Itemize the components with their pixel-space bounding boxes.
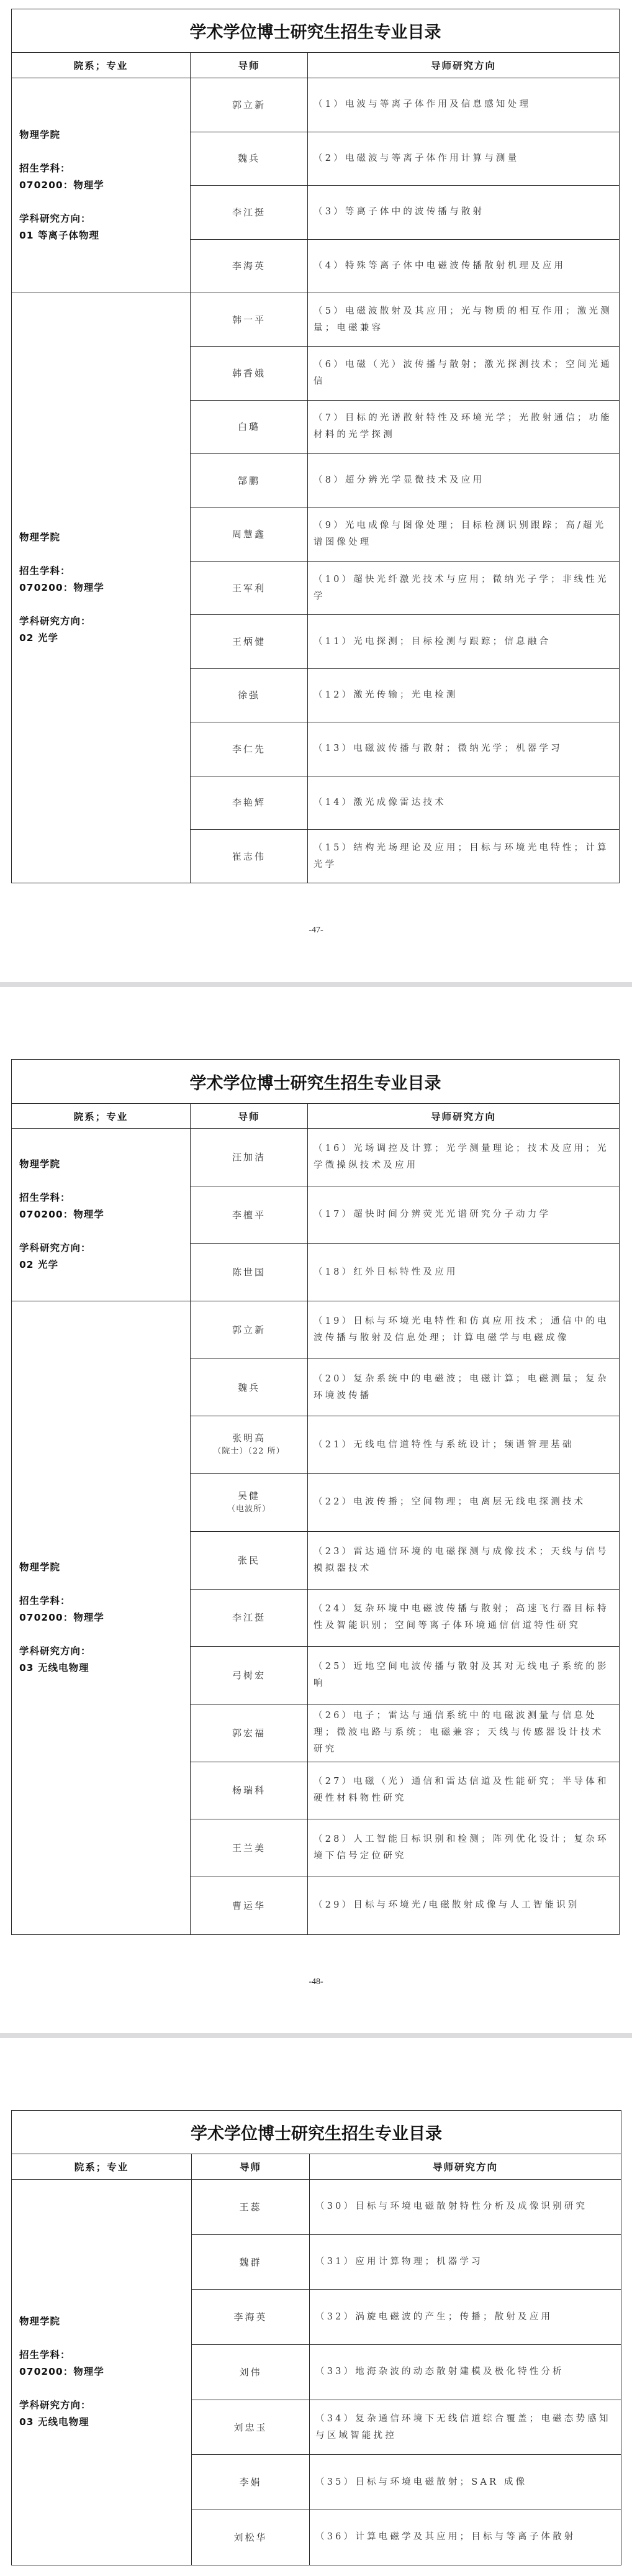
advisor-direction: （7）目标的光谱散射特性及环境光学；光散射通信；功能材料的光学探测 [308, 400, 620, 453]
advisor-name: 魏兵 [191, 132, 308, 186]
advisor-direction: （14）激光成像雷达技术 [308, 776, 620, 829]
subject-label: 招生学科： [19, 1190, 190, 1206]
page-separator [0, 2033, 632, 2038]
advisor-direction: （25）近地空间电波传播与散射及其对无线电子系统的影响 [308, 1647, 620, 1704]
advisor-direction: （3）等离子体中的波传播与散射 [308, 186, 620, 240]
advisor-name: 郜鹏 [191, 454, 308, 507]
advisor-direction: （16）光场调控及计算；光学测量理论；技术及应用；光学微操纵技术及应用 [308, 1129, 620, 1186]
advisor-name: 王军利 [191, 561, 308, 614]
advisor-direction: （23）雷达通信环境的电磁探测与成像技术；天线与信号模拟器技术 [308, 1531, 620, 1589]
dept-cell: 物理学院 招生学科： 070200：物理学 学科研究方向： 03 无线电物理 [12, 2180, 192, 2565]
page-47: 学术学位博士研究生招生专业目录 院系；专业 导师 导师研究方向 物理学院 招生学… [0, 0, 632, 982]
table-row: 物理学院 招生学科： 070200：物理学 学科研究方向： 03 无线电物理 郭… [12, 1301, 620, 1359]
advisor-name: 郭立新 [191, 78, 308, 132]
advisor-direction: （20）复杂系统中的电磁波；电磁计算；电磁测量；复杂环境波传播 [308, 1359, 620, 1416]
advisor-name: 王蕊 [192, 2180, 310, 2235]
table-row: 物理学院 招生学科： 070200：物理学 学科研究方向： 02 光学 韩一平 … [12, 293, 620, 347]
dept-cell: 物理学院 招生学科： 070200：物理学 学科研究方向： 01 等离子体物理 [12, 78, 191, 293]
advisor-direction: （13）电磁波传播与散射；微纳光学；机器学习 [308, 722, 620, 776]
direction-name: 03 无线电物理 [19, 2414, 191, 2431]
advisor-direction: （24）复杂环境中电磁波传播与散射；高速飞行器目标特性及智能识别；空间等离子体环… [308, 1589, 620, 1647]
advisor-name: 刘忠玉 [192, 2400, 310, 2455]
direction-label: 学科研究方向： [19, 1240, 190, 1257]
direction-name: 02 光学 [19, 1257, 190, 1273]
advisor-name-text: 张明高 [232, 1432, 266, 1444]
advisor-name: 吴健（电波所） [191, 1474, 308, 1532]
advisor-name: 李江挺 [191, 186, 308, 240]
advisor-direction: （29）目标与环境光/电磁散射成像与人工智能识别 [308, 1877, 620, 1934]
advisor-direction: （31）应用计算物理；机器学习 [310, 2234, 621, 2290]
advisor-direction: （27）电磁（光）通信和雷达信道及性能研究；半导体和硬性材料物性研究 [308, 1762, 620, 1819]
advisor-direction: （35）目标与环境电磁散射；SAR 成像 [310, 2455, 621, 2510]
catalog-table: 学术学位博士研究生招生专业目录 院系；专业 导师 导师研究方向 物理学院 招生学… [11, 1059, 620, 1935]
college-name: 物理学院 [19, 1559, 190, 1576]
advisor-direction: （22）电波传播；空间物理；电离层无线电探测技术 [308, 1474, 620, 1532]
advisor-name: 张明高（院士）（22 所） [191, 1416, 308, 1474]
advisor-direction: （11）光电探测；目标检测与跟踪；信息融合 [308, 615, 620, 668]
advisor-name-text: 吴健 [238, 1490, 260, 1501]
advisor-name: 刘松华 [192, 2510, 310, 2565]
advisor-direction: （5）电磁波散射及其应用；光与物质的相互作用；激光测量；电磁兼容 [308, 293, 620, 347]
subject-label: 招生学科： [19, 1593, 190, 1609]
subject-code: 070200：物理学 [19, 2364, 191, 2380]
advisor-name: 郭立新 [191, 1301, 308, 1359]
direction-name: 03 无线电物理 [19, 1660, 190, 1677]
advisor-name: 李娟 [192, 2455, 310, 2510]
advisor-name: 韩香娥 [191, 347, 308, 400]
advisor-name: 李海英 [191, 239, 308, 293]
header-dept: 院系；专业 [12, 1104, 191, 1129]
advisor-direction: （15）结构光场理论及应用；目标与环境光电特性；计算光学 [308, 829, 620, 883]
header-direction: 导师研究方向 [310, 2154, 621, 2180]
advisor-name: 韩一平 [191, 293, 308, 347]
direction-label: 学科研究方向： [19, 613, 190, 630]
header-direction: 导师研究方向 [308, 53, 620, 78]
advisor-name: 弓树宏 [191, 1647, 308, 1704]
catalog-title: 学术学位博士研究生招生专业目录 [12, 1060, 620, 1104]
advisor-name: 汪加洁 [191, 1129, 308, 1186]
advisor-name: 陈世国 [191, 1244, 308, 1301]
advisor-name: 李仁先 [191, 722, 308, 776]
direction-label: 学科研究方向： [19, 2397, 191, 2414]
advisor-affiliation: （院士）（22 所） [191, 1445, 307, 1459]
advisor-direction: （9）光电成像与图像处理；目标检测识别跟踪；高/超光谱图像处理 [308, 507, 620, 561]
advisor-direction: （2）电磁波与等离子体作用计算与测量 [308, 132, 620, 186]
college-name: 物理学院 [19, 1156, 190, 1173]
direction-label: 学科研究方向： [19, 211, 190, 227]
catalog-table: 学术学位博士研究生招生专业目录 院系；专业 导师 导师研究方向 物理学院 招生学… [11, 9, 620, 883]
advisor-name: 李艳辉 [191, 776, 308, 829]
header-advisor: 导师 [192, 2154, 310, 2180]
advisor-name: 白璐 [191, 400, 308, 453]
header-advisor: 导师 [191, 1104, 308, 1129]
header-dept: 院系；专业 [12, 2154, 192, 2180]
advisor-direction: （32）涡旋电磁波的产生；传播；散射及应用 [310, 2290, 621, 2345]
advisor-direction: （34）复杂通信环境下无线信道综合覆盖；电磁态势感知与区域智能扰控 [310, 2400, 621, 2455]
college-name: 物理学院 [19, 2313, 191, 2330]
advisor-direction: （30）目标与环境电磁散射特性分析及成像识别研究 [310, 2180, 621, 2235]
advisor-name: 王兰美 [191, 1819, 308, 1877]
catalog-title: 学术学位博士研究生招生专业目录 [12, 2111, 621, 2154]
advisor-direction: （36）计算电磁学及其应用；目标与等离子体散射 [310, 2510, 621, 2565]
advisor-direction: （28）人工智能目标识别和检测；阵列优化设计；复杂环境下信号定位研究 [308, 1819, 620, 1877]
advisor-direction: （1）电波与等离子体作用及信息感知处理 [308, 78, 620, 132]
advisor-name: 杨瑞科 [191, 1762, 308, 1819]
advisor-direction: （19）目标与环境光电特性和仿真应用技术；通信中的电波传播与散射及信息处理；计算… [308, 1301, 620, 1359]
advisor-direction: （26）电子；雷达与通信系统中的电磁波测量与信息处理；微波电路与系统；电磁兼容；… [308, 1704, 620, 1762]
advisor-direction: （8）超分辨光学显微技术及应用 [308, 454, 620, 507]
advisor-name: 张民 [191, 1531, 308, 1589]
advisor-name: 刘伟 [192, 2345, 310, 2400]
advisor-direction: （33）地海杂波的动态散射建模及极化特性分析 [310, 2345, 621, 2400]
advisor-name: 周慧鑫 [191, 507, 308, 561]
dept-cell: 物理学院 招生学科： 070200：物理学 学科研究方向： 03 无线电物理 [12, 1301, 191, 1935]
header-dept: 院系；专业 [12, 53, 191, 78]
advisor-name: 李檀平 [191, 1186, 308, 1244]
dept-cell: 物理学院 招生学科： 070200：物理学 学科研究方向： 02 光学 [12, 293, 191, 883]
advisor-direction: （21）无线电信道特性与系统设计；频谱管理基础 [308, 1416, 620, 1474]
advisor-name: 李江挺 [191, 1589, 308, 1647]
catalog-table: 学术学位博士研究生招生专业目录 院系；专业 导师 导师研究方向 物理学院 招生学… [11, 2110, 621, 2565]
advisor-name: 李海英 [192, 2290, 310, 2345]
advisor-name: 崔志伟 [191, 829, 308, 883]
catalog-title: 学术学位博士研究生招生专业目录 [12, 9, 620, 53]
page-48: 学术学位博士研究生招生专业目录 院系；专业 导师 导师研究方向 物理学院 招生学… [0, 987, 632, 2033]
advisor-direction: （10）超快光纤激光技术与应用；微纳光子学；非线性光学 [308, 561, 620, 614]
page-number: -47- [0, 926, 632, 935]
page-number: -48- [0, 1977, 632, 1987]
subject-code: 070200：物理学 [19, 580, 190, 596]
subject-label: 招生学科： [19, 563, 190, 580]
advisor-name: 徐强 [191, 668, 308, 722]
subject-label: 招生学科： [19, 160, 190, 177]
college-name: 物理学院 [19, 127, 190, 143]
advisor-name: 魏群 [192, 2234, 310, 2290]
advisor-direction: （4）特殊等离子体中电磁波传播散射机理及应用 [308, 239, 620, 293]
advisor-name: 曹运华 [191, 1877, 308, 1934]
subject-code: 070200：物理学 [19, 177, 190, 194]
subject-label: 招生学科： [19, 2347, 191, 2364]
subject-code: 070200：物理学 [19, 1206, 190, 1223]
advisor-direction: （17）超快时间分辨荧光光谱研究分子动力学 [308, 1186, 620, 1244]
advisor-name: 王炳健 [191, 615, 308, 668]
page-separator [0, 982, 632, 987]
advisor-name: 魏兵 [191, 1359, 308, 1416]
direction-label: 学科研究方向： [19, 1643, 190, 1660]
table-row: 物理学院 招生学科： 070200：物理学 学科研究方向： 02 光学 汪加洁 … [12, 1129, 620, 1186]
dept-cell: 物理学院 招生学科： 070200：物理学 学科研究方向： 02 光学 [12, 1129, 191, 1301]
page-49: 学术学位博士研究生招生专业目录 院系；专业 导师 导师研究方向 物理学院 招生学… [0, 2038, 632, 2576]
advisor-direction: （12）激光传输；光电检测 [308, 668, 620, 722]
advisor-affiliation: （电波所） [191, 1503, 307, 1516]
table-row: 物理学院 招生学科： 070200：物理学 学科研究方向： 03 无线电物理 王… [12, 2180, 621, 2235]
college-name: 物理学院 [19, 529, 190, 546]
table-row: 物理学院 招生学科： 070200：物理学 学科研究方向： 01 等离子体物理 … [12, 78, 620, 132]
subject-code: 070200：物理学 [19, 1609, 190, 1626]
direction-name: 01 等离子体物理 [19, 227, 190, 244]
advisor-direction: （18）红外目标特性及应用 [308, 1244, 620, 1301]
advisor-name: 郭宏福 [191, 1704, 308, 1762]
header-direction: 导师研究方向 [308, 1104, 620, 1129]
direction-name: 02 光学 [19, 630, 190, 647]
advisor-direction: （6）电磁（光）波传播与散射；激光探测技术；空间光通信 [308, 347, 620, 400]
header-advisor: 导师 [191, 53, 308, 78]
